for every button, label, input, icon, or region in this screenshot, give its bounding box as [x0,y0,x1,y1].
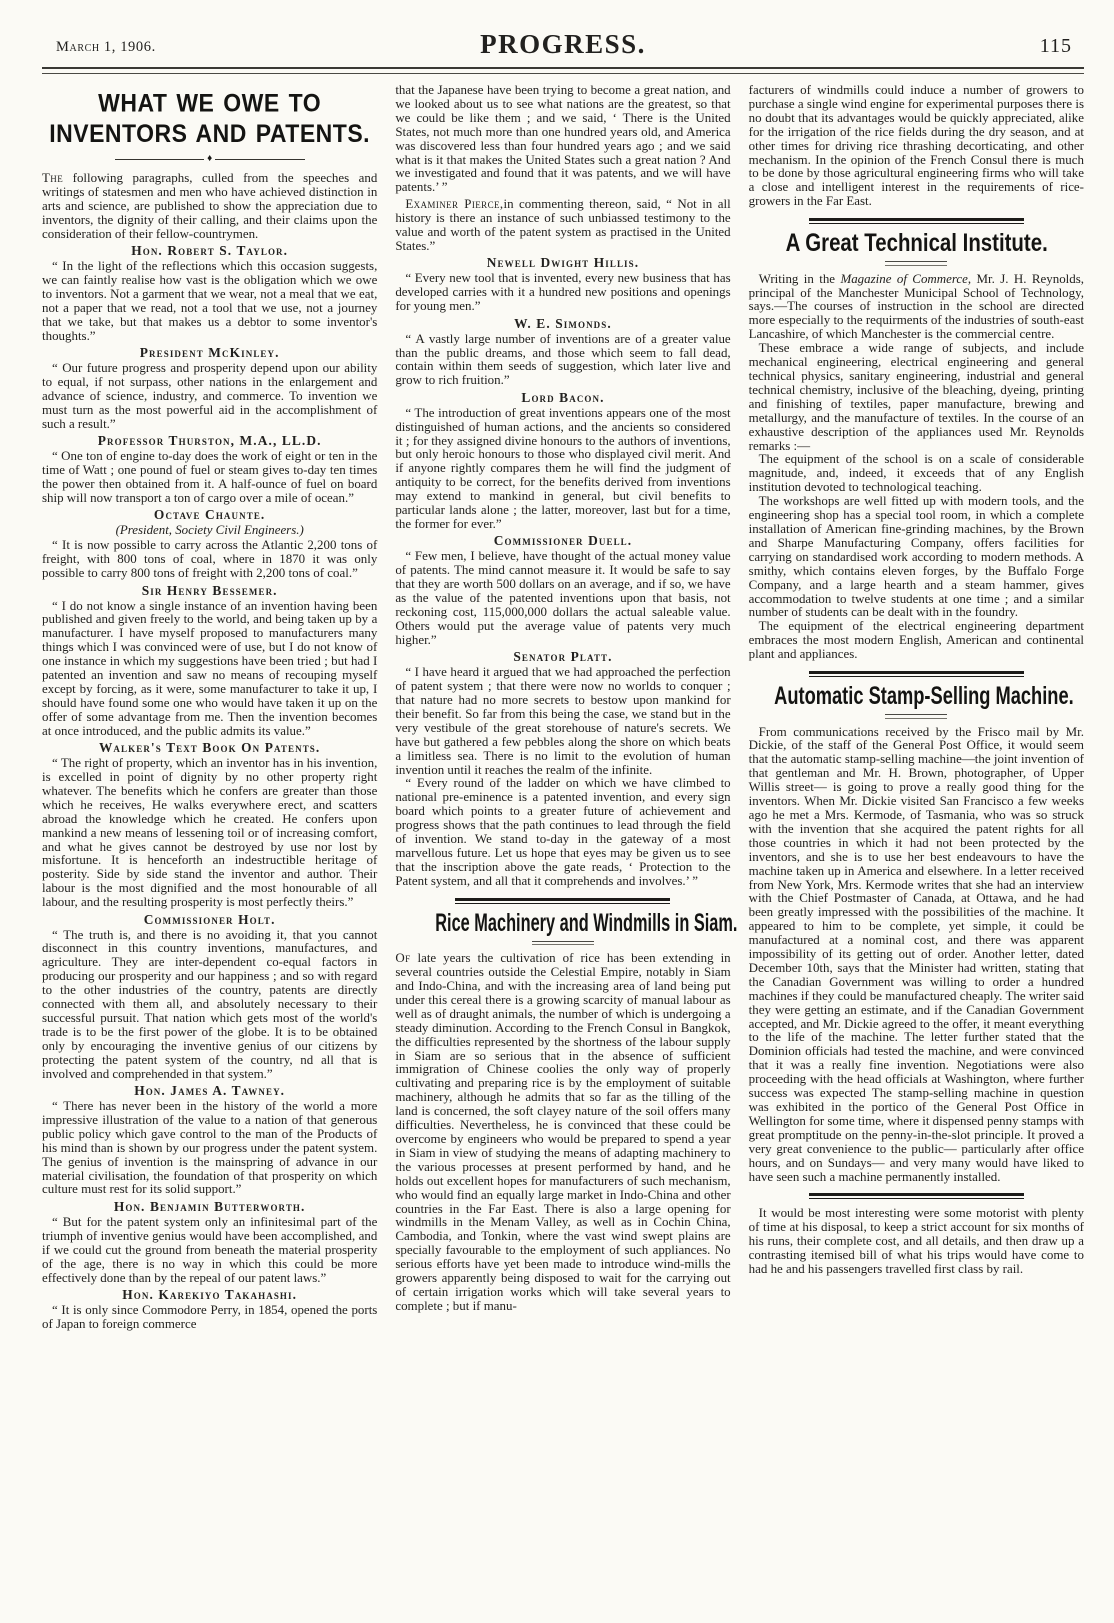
quote-paragraph: “ But for the patent system only an infi… [42,1215,377,1285]
headline-divider [885,714,947,719]
article-title-rice: Rice Machinery and Windmills in Siam. [436,908,691,938]
speaker-heading-platt: Senator Platt. [395,649,730,664]
speaker-heading-simonds: W. E. Simonds. [395,316,730,331]
section-divider [809,218,1024,224]
speaker-heading-mckinley: President McKinley. [42,345,377,360]
institute-paragraph-1: Writing in the Magazine of Commerce, Mr.… [749,272,1084,342]
lead-word: The [42,170,63,185]
page-header: March 1, 1906. PROGRESS. 115 [42,0,1084,62]
three-column-layout: WHAT WE OWE TO INVENTORS AND PATENTS. ♦ … [42,83,1084,1611]
quote-paragraph: “ The introduction of great inventions a… [395,406,730,531]
rice-text: late years the cultivation of rice has b… [395,950,730,1313]
institute-paragraph-2: These embrace a wide range of subjects, … [749,341,1084,452]
section-divider [455,898,670,904]
quote-paragraph: “ It is now possible to carry across the… [42,538,377,580]
lead-word: Of [395,950,410,965]
quote-paragraph: “ I have heard it argued that we had app… [395,665,730,776]
speaker-heading-tawney: Hon. James A. Tawney. [42,1083,377,1098]
takahashi-continued-paragraph: that the Japanese have been trying to be… [395,83,730,194]
stamp-paragraph: From communications received by the Fris… [749,725,1084,1184]
column-left: WHAT WE OWE TO INVENTORS AND PATENTS. ♦ … [42,83,377,1611]
quote-paragraph: “ In the light of the reflections which … [42,259,377,342]
motorist-note-paragraph: It would be most interesting were some m… [749,1206,1084,1276]
speaker-heading-butterworth: Hon. Benjamin Butterworth. [42,1199,377,1214]
headline-divider [885,261,947,266]
speaker-heading-duell: Commissioner Duell. [395,533,730,548]
magazine-page: March 1, 1906. PROGRESS. 115 WHAT WE OWE… [0,0,1114,1623]
column-right: facturers of windmills could induce a nu… [749,83,1084,1611]
quote-paragraph: “ Every round of the ladder on which we … [395,776,730,887]
title-ornament: ♦ [115,154,305,164]
rice-paragraph: Of late years the cultivation of rice ha… [395,951,730,1313]
headline-divider [532,941,594,946]
header-rule [42,67,1084,74]
quote-paragraph: “ Few men, I believe, have thought of th… [395,549,730,646]
speaker-subheading: (President, Society Civil Engineers.) [42,523,377,537]
column-middle: that the Japanese have been trying to be… [395,83,730,1611]
quote-paragraph: “ The right of property, which an invent… [42,756,377,909]
quote-paragraph: “ Every new tool that is invented, every… [395,271,730,313]
speaker-heading-bessemer: Sir Henry Bessemer. [42,583,377,598]
masthead-title: PROGRESS. [480,29,646,60]
pierce-name: Examiner Pierce, [405,196,503,211]
magazine-name: Magazine of Commerce [840,271,967,286]
rice-continued-paragraph: facturers of windmills could induce a nu… [749,83,1084,208]
speaker-heading-chaunte: Octave Chaunte. [42,507,377,522]
quote-paragraph: “ The truth is, and there is no avoiding… [42,928,377,1081]
quote-paragraph: “ I do not know a single instance of an … [42,599,377,738]
section-divider [809,1193,1024,1199]
p1-pre: Writing in the [759,271,841,286]
institute-paragraph-4: The workshops are well fitted up with mo… [749,494,1084,619]
intro-text: following paragraphs, culled from the sp… [42,170,377,241]
institute-paragraph-5: The equipment of the electrical engineer… [749,619,1084,661]
speaker-heading-bacon: Lord Bacon. [395,390,730,405]
article-title-stamp: Automatic Stamp-Selling Machine. [774,682,1059,712]
ornament-line [115,159,204,160]
issue-date: March 1, 1906. [56,39,156,56]
speaker-heading-walker: Walker's Text Book On Patents. [42,740,377,755]
institute-paragraph-3: The equipment of the school is on a scal… [749,452,1084,494]
article-title-inventors: WHAT WE OWE TO INVENTORS AND PATENTS. [42,88,377,149]
intro-paragraph: The following paragraphs, culled from th… [42,171,377,241]
diamond-ornament-icon: ♦ [204,154,215,164]
pierce-paragraph: Examiner Pierce,in commenting thereon, s… [395,197,730,253]
ornament-line [215,159,304,160]
section-divider [809,671,1024,677]
quote-paragraph: “ One ton of engine to-day does the work… [42,449,377,505]
quote-paragraph: “ There has never been in the history of… [42,1099,377,1196]
speaker-heading-holt: Commissioner Holt. [42,912,377,927]
quote-paragraph: “ A vastly large number of inventions ar… [395,332,730,388]
quote-paragraph: “ Our future progress and prosperity dep… [42,361,377,431]
page-number: 115 [1040,35,1072,58]
speaker-heading-takahashi: Hon. Karekiyo Takahashi. [42,1287,377,1302]
quote-paragraph: “ It is only since Commodore Perry, in 1… [42,1303,377,1331]
speaker-heading-hillis: Newell Dwight Hillis. [395,255,730,270]
speaker-heading-taylor: Hon. Robert S. Taylor. [42,243,377,258]
article-title-institute: A Great Technical Institute. [757,229,1076,259]
speaker-heading-thurston: Professor Thurston, M.A., LL.D. [42,433,377,448]
